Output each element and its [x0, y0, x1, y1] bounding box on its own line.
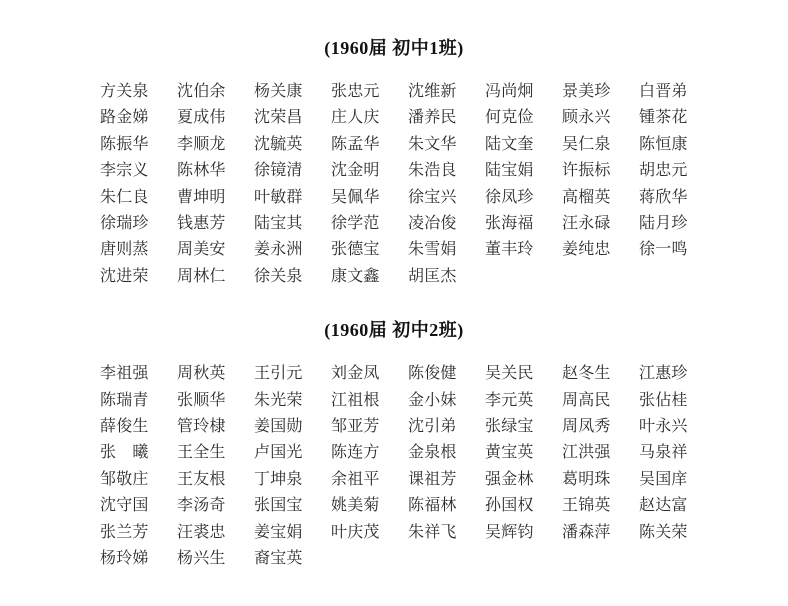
- name-cell: 汪永碌: [562, 211, 639, 237]
- name-cell: 胡匡杰: [408, 264, 485, 290]
- name-cell: 陈瑞青: [100, 388, 177, 414]
- name-cell: 何克俭: [485, 105, 562, 131]
- name-cell: 管玲棣: [177, 414, 254, 440]
- section-title: (1960届 初中2班): [0, 318, 788, 342]
- name-cell: 徐学范: [331, 211, 408, 237]
- name-cell: 方关泉: [100, 79, 177, 105]
- name-cell: 马泉祥: [639, 440, 716, 466]
- name-cell: 吴辉钧: [485, 520, 562, 546]
- name-cell: 潘森萍: [562, 520, 639, 546]
- name-cell: 周林仁: [177, 264, 254, 290]
- name-cell: 康文鑫: [331, 264, 408, 290]
- name-cell: 徐宝兴: [408, 185, 485, 211]
- name-cell: 课祖芳: [408, 467, 485, 493]
- name-cell: [408, 546, 485, 572]
- name-cell: 邹敬庄: [100, 467, 177, 493]
- name-grid: 李祖强周秋英王引元刘金凤陈俊健吴关民赵冬生江惠珍陈瑞青张顺华朱光荣江祖根金小妹李…: [100, 361, 788, 572]
- name-cell: [331, 546, 408, 572]
- name-cell: 吴国庠: [639, 467, 716, 493]
- name-cell: 陈福林: [408, 493, 485, 519]
- name-cell: 陈振华: [100, 132, 177, 158]
- name-cell: 葛明珠: [562, 467, 639, 493]
- name-cell: 周秋英: [177, 361, 254, 387]
- name-cell: 董丰玲: [485, 237, 562, 263]
- name-cell: 周高民: [562, 388, 639, 414]
- name-cell: 裔宝英: [254, 546, 331, 572]
- name-cell: 锺茶花: [639, 105, 716, 131]
- name-cell: 张德宝: [331, 237, 408, 263]
- name-cell: [562, 264, 639, 290]
- name-cell: 朱光荣: [254, 388, 331, 414]
- name-cell: 曹坤明: [177, 185, 254, 211]
- name-cell: 姚美菊: [331, 493, 408, 519]
- name-cell: 高榴英: [562, 185, 639, 211]
- name-cell: 姜国勋: [254, 414, 331, 440]
- name-cell: 金泉根: [408, 440, 485, 466]
- name-cell: 姜永洲: [254, 237, 331, 263]
- name-cell: 余祖平: [331, 467, 408, 493]
- name-cell: 徐瑞珍: [100, 211, 177, 237]
- class-roster-page: (1960届 初中1班) 方关泉沈伯余杨关康张忠元沈维新冯尚炯景美珍白晋弟路金娣…: [0, 0, 788, 606]
- name-cell: 庄人庆: [331, 105, 408, 131]
- name-cell: 汪裘忠: [177, 520, 254, 546]
- section-title: (1960届 初中1班): [0, 36, 788, 60]
- name-cell: [485, 264, 562, 290]
- name-cell: 陈孟华: [331, 132, 408, 158]
- name-cell: 张忠元: [331, 79, 408, 105]
- name-cell: 杨兴生: [177, 546, 254, 572]
- name-cell: 张海福: [485, 211, 562, 237]
- name-cell: 王友根: [177, 467, 254, 493]
- name-cell: 潘养民: [408, 105, 485, 131]
- name-cell: 江祖根: [331, 388, 408, 414]
- name-cell: 沈伯余: [177, 79, 254, 105]
- name-cell: 唐则蒸: [100, 237, 177, 263]
- name-cell: 陆文奎: [485, 132, 562, 158]
- name-cell: 李宗义: [100, 158, 177, 184]
- name-cell: 景美珍: [562, 79, 639, 105]
- name-cell: 钱惠芳: [177, 211, 254, 237]
- name-cell: 叶永兴: [639, 414, 716, 440]
- name-grid: 方关泉沈伯余杨关康张忠元沈维新冯尚炯景美珍白晋弟路金娣夏成伟沈荣昌庄人庆潘养民何…: [100, 79, 788, 290]
- name-cell: 徐一鸣: [639, 237, 716, 263]
- name-cell: 张绿宝: [485, 414, 562, 440]
- name-cell: 吴关民: [485, 361, 562, 387]
- name-cell: 江洪强: [562, 440, 639, 466]
- name-cell: 丁坤泉: [254, 467, 331, 493]
- name-cell: 白晋弟: [639, 79, 716, 105]
- name-cell: 江惠珍: [639, 361, 716, 387]
- name-cell: 夏成伟: [177, 105, 254, 131]
- name-cell: 冯尚炯: [485, 79, 562, 105]
- name-cell: 刘金凤: [331, 361, 408, 387]
- name-cell: 顾永兴: [562, 105, 639, 131]
- name-cell: 卢国光: [254, 440, 331, 466]
- name-cell: 王全生: [177, 440, 254, 466]
- name-cell: 叶庆茂: [331, 520, 408, 546]
- name-cell: 姜纯忠: [562, 237, 639, 263]
- name-cell: 强金林: [485, 467, 562, 493]
- name-cell: 沈引弟: [408, 414, 485, 440]
- name-cell: 陈俊健: [408, 361, 485, 387]
- name-cell: 金小妹: [408, 388, 485, 414]
- name-cell: 黄宝英: [485, 440, 562, 466]
- name-cell: 沈毓英: [254, 132, 331, 158]
- name-cell: 张兰芳: [100, 520, 177, 546]
- name-cell: 徐镜清: [254, 158, 331, 184]
- name-cell: 孙国权: [485, 493, 562, 519]
- name-cell: 杨关康: [254, 79, 331, 105]
- name-cell: 李汤奇: [177, 493, 254, 519]
- name-cell: [639, 264, 716, 290]
- name-cell: 赵达富: [639, 493, 716, 519]
- name-cell: 凌冶俊: [408, 211, 485, 237]
- name-cell: [562, 546, 639, 572]
- name-cell: 吴佩华: [331, 185, 408, 211]
- name-cell: 陆月珍: [639, 211, 716, 237]
- name-cell: 沈进荣: [100, 264, 177, 290]
- name-cell: 徐凤珍: [485, 185, 562, 211]
- name-cell: [639, 546, 716, 572]
- name-cell: 张 曦: [100, 440, 177, 466]
- name-cell: 李元英: [485, 388, 562, 414]
- name-cell: 沈维新: [408, 79, 485, 105]
- name-cell: [485, 546, 562, 572]
- name-cell: 周凤秀: [562, 414, 639, 440]
- name-cell: 陈林华: [177, 158, 254, 184]
- name-cell: 徐关泉: [254, 264, 331, 290]
- name-cell: 陈连方: [331, 440, 408, 466]
- name-cell: 薛俊生: [100, 414, 177, 440]
- name-cell: 蒋欣华: [639, 185, 716, 211]
- name-cell: 陆宝娟: [485, 158, 562, 184]
- name-cell: 吴仁泉: [562, 132, 639, 158]
- name-cell: 路金娣: [100, 105, 177, 131]
- name-cell: 张国宝: [254, 493, 331, 519]
- name-cell: 李顺龙: [177, 132, 254, 158]
- name-cell: 朱文华: [408, 132, 485, 158]
- name-cell: 陈恒康: [639, 132, 716, 158]
- name-cell: 朱祥飞: [408, 520, 485, 546]
- name-cell: 李祖强: [100, 361, 177, 387]
- name-cell: 邹亚芳: [331, 414, 408, 440]
- name-cell: 许振标: [562, 158, 639, 184]
- name-cell: 朱浩良: [408, 158, 485, 184]
- class-section-1960-junior-2: (1960届 初中2班) 李祖强周秋英王引元刘金凤陈俊健吴关民赵冬生江惠珍陈瑞青…: [0, 318, 788, 572]
- name-cell: 赵冬生: [562, 361, 639, 387]
- name-cell: 沈金明: [331, 158, 408, 184]
- name-cell: 朱仁良: [100, 185, 177, 211]
- name-cell: 杨玲娣: [100, 546, 177, 572]
- name-cell: 沈守国: [100, 493, 177, 519]
- name-cell: 胡忠元: [639, 158, 716, 184]
- name-cell: 周美安: [177, 237, 254, 263]
- name-cell: 张佔桂: [639, 388, 716, 414]
- name-cell: 王锦英: [562, 493, 639, 519]
- name-cell: 朱雪娟: [408, 237, 485, 263]
- name-cell: 叶敏群: [254, 185, 331, 211]
- name-cell: 姜宝娟: [254, 520, 331, 546]
- name-cell: 张顺华: [177, 388, 254, 414]
- name-cell: 陈关荣: [639, 520, 716, 546]
- name-cell: 陆宝其: [254, 211, 331, 237]
- name-cell: 沈荣昌: [254, 105, 331, 131]
- name-cell: 王引元: [254, 361, 331, 387]
- class-section-1960-junior-1: (1960届 初中1班) 方关泉沈伯余杨关康张忠元沈维新冯尚炯景美珍白晋弟路金娣…: [0, 36, 788, 290]
